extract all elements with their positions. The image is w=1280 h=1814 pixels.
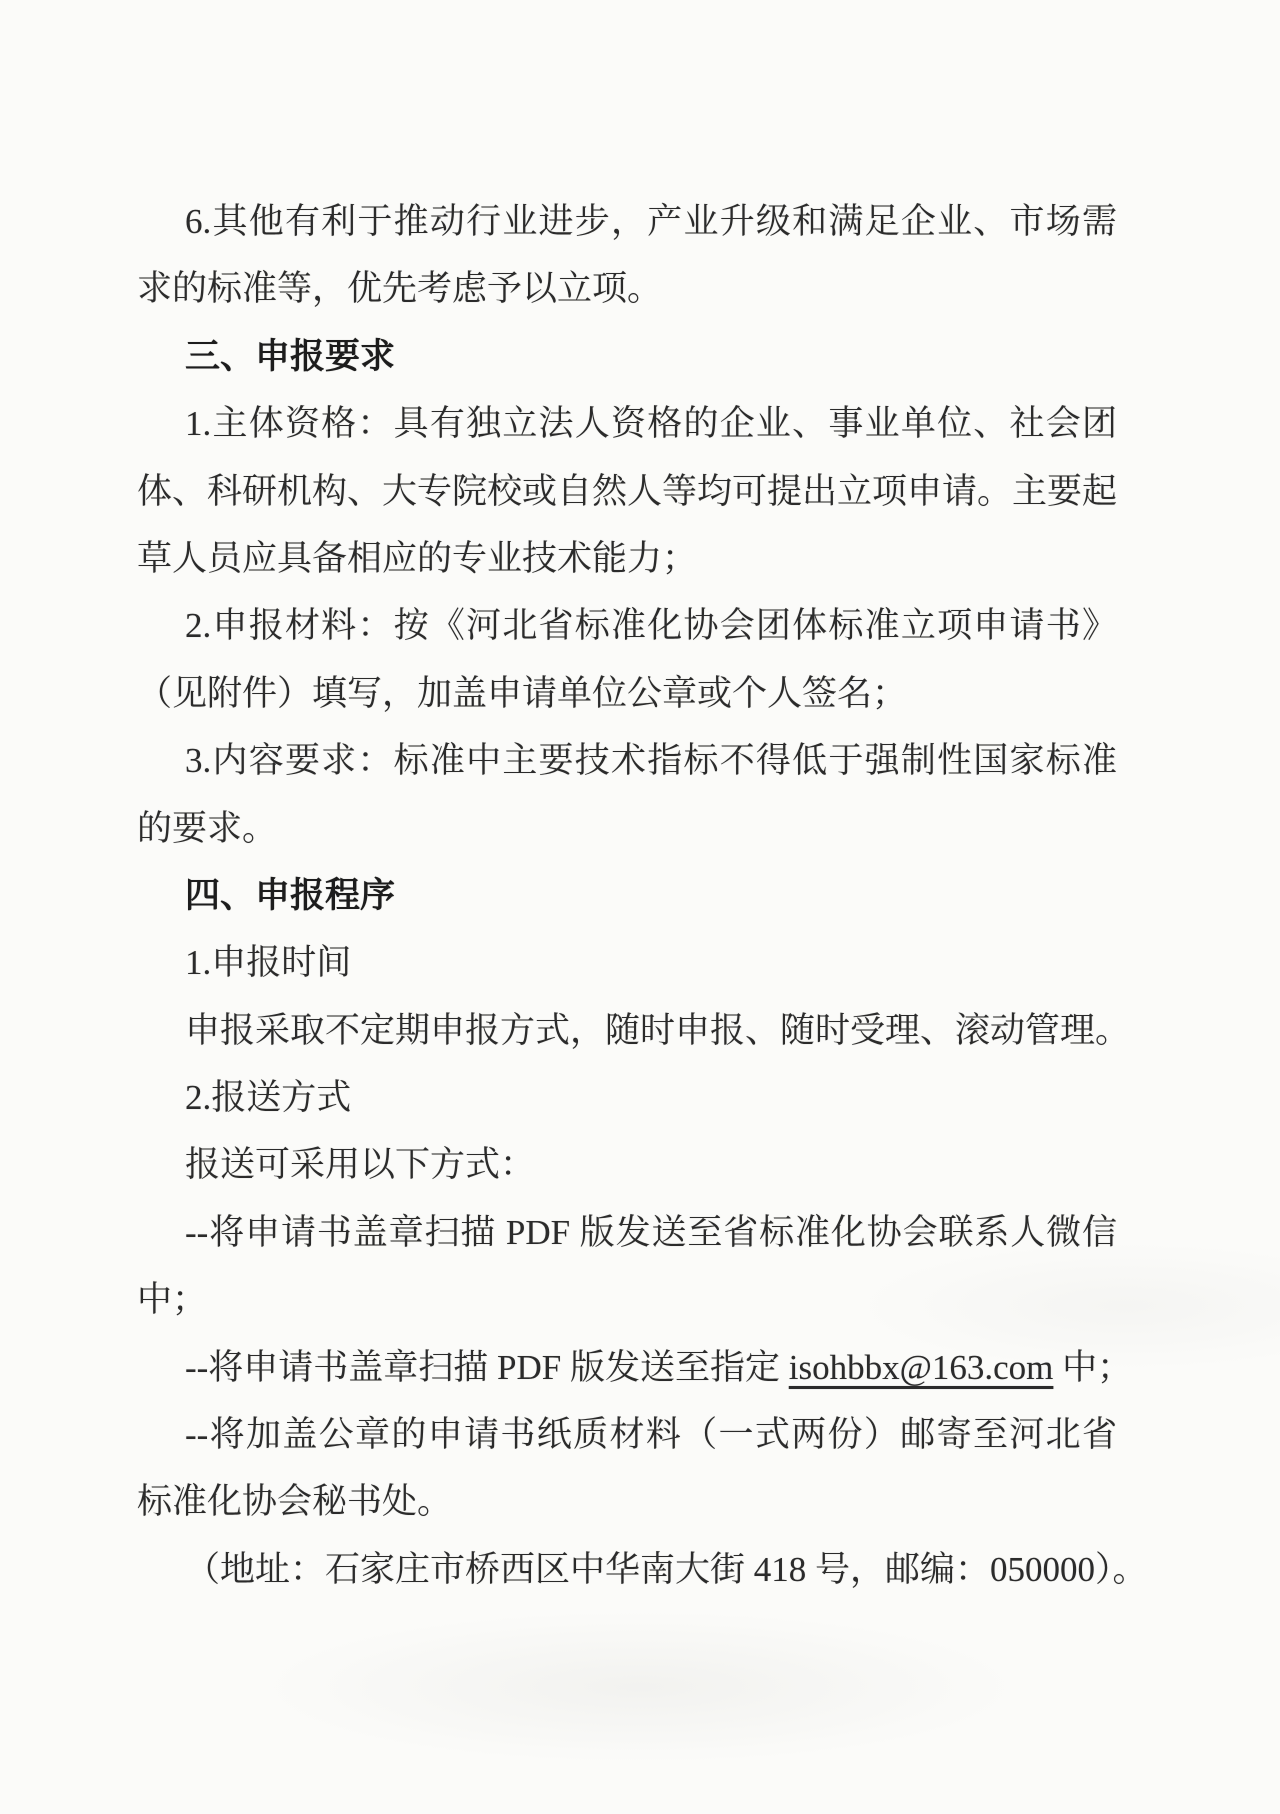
paragraph-submission-intro: 报送可采用以下方式：	[137, 1131, 1117, 1198]
doc-line: --将申请书盖章扫描 PDF 版发送至省标准化协会联系人微信	[137, 1199, 1117, 1266]
doc-line: 1.主体资格：具有独立法人资格的企业、事业单位、社会团	[137, 390, 1117, 457]
paragraph-content-requirement: 3.内容要求：标准中主要技术指标不得低于强制性国家标准 的要求。	[137, 727, 1117, 862]
document-text-block: 6.其他有利于推动行业进步，产业升级和满足企业、市场需 求的标准等，优先考虑予以…	[137, 188, 1117, 1603]
doc-line: （地址：石家庄市桥西区中华南大街 418 号，邮编：050000）。	[137, 1536, 1117, 1603]
doc-line: 的要求。	[137, 795, 1117, 862]
doc-line: （见附件）填写，加盖申请单位公章或个人签名；	[137, 660, 1117, 727]
doc-line: 中；	[137, 1266, 1117, 1333]
doc-line: 求的标准等，优先考虑予以立项。	[137, 255, 1117, 322]
paragraph-method-email: --将申请书盖章扫描 PDF 版发送至指定 isohbbx@163.com 中；	[137, 1334, 1117, 1401]
doc-line: 6.其他有利于推动行业进步，产业升级和满足企业、市场需	[137, 188, 1117, 255]
doc-line: 2.报送方式	[137, 1064, 1117, 1131]
doc-line: 申报采取不定期申报方式，随时申报、随时受理、滚动管理。	[137, 997, 1117, 1064]
section-heading: 三、申报要求	[137, 323, 1117, 390]
email-line-suffix: 中；	[1053, 1348, 1132, 1387]
doc-line: 报送可采用以下方式：	[137, 1131, 1117, 1198]
email-line-prefix: --将申请书盖章扫描 PDF 版发送至指定	[185, 1348, 789, 1387]
paragraph-time-title: 1.申报时间	[137, 929, 1117, 996]
scanned-document-page: 6.其他有利于推动行业进步，产业升级和满足企业、市场需 求的标准等，优先考虑予以…	[0, 0, 1280, 1814]
paragraph-submission-title: 2.报送方式	[137, 1064, 1117, 1131]
doc-line: 3.内容要求：标准中主要技术指标不得低于强制性国家标准	[137, 727, 1117, 794]
paragraph-method-wechat: --将申请书盖章扫描 PDF 版发送至省标准化协会联系人微信 中；	[137, 1199, 1117, 1334]
doc-line: 2.申报材料：按《河北省标准化协会团体标准立项申请书》	[137, 592, 1117, 659]
section-heading: 四、申报程序	[137, 862, 1117, 929]
email-text: isohbbx@163.com	[789, 1348, 1054, 1387]
doc-line: 草人员应具备相应的专业技术能力；	[137, 525, 1117, 592]
paragraph-mailing-address: （地址：石家庄市桥西区中华南大街 418 号，邮编：050000）。	[137, 1536, 1117, 1603]
paragraph-time-body: 申报采取不定期申报方式，随时申报、随时受理、滚动管理。	[137, 997, 1117, 1064]
paragraph-method-postal-mail: --将加盖公章的申请书纸质材料（一式两份）邮寄至河北省 标准化协会秘书处。	[137, 1401, 1117, 1536]
paragraph-item-6-priority: 6.其他有利于推动行业进步，产业升级和满足企业、市场需 求的标准等，优先考虑予以…	[137, 188, 1117, 323]
doc-line: 体、科研机构、大专院校或自然人等均可提出立项申请。主要起	[137, 458, 1117, 525]
doc-line: --将申请书盖章扫描 PDF 版发送至指定 isohbbx@163.com 中；	[137, 1334, 1117, 1401]
doc-line: 1.申报时间	[137, 929, 1117, 996]
paragraph-subject-qualification: 1.主体资格：具有独立法人资格的企业、事业单位、社会团 体、科研机构、大专院校或…	[137, 390, 1117, 592]
heading-section-3: 三、申报要求	[137, 323, 1117, 390]
heading-section-4: 四、申报程序	[137, 862, 1117, 929]
doc-line: --将加盖公章的申请书纸质材料（一式两份）邮寄至河北省	[137, 1401, 1117, 1468]
paragraph-application-materials: 2.申报材料：按《河北省标准化协会团体标准立项申请书》 （见附件）填写，加盖申请…	[137, 592, 1117, 727]
doc-line: 标准化协会秘书处。	[137, 1468, 1117, 1535]
